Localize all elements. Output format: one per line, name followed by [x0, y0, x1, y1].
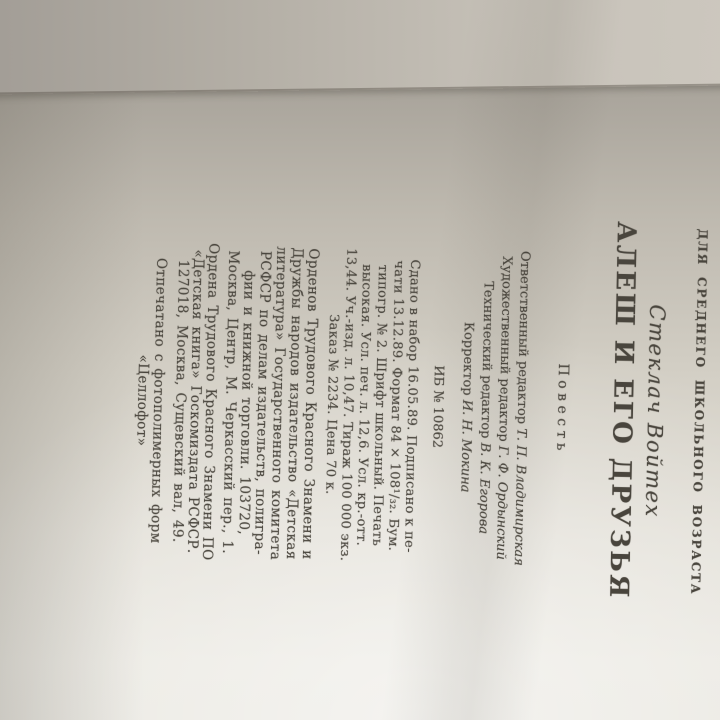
ib-number: ИБ № 10862: [426, 207, 449, 607]
editor-name: Г. Ф. Ордынский: [493, 446, 510, 560]
subtitle-line: Повесть: [550, 209, 573, 609]
editor-name: Т. П. Владимирская: [511, 428, 529, 566]
editor-role: Корректор: [459, 322, 476, 396]
rotated-page-text: ДЛЯ СРЕДНЕГО ШКОЛЬНОГО ВОЗРАСТА Стеклач …: [0, 0, 720, 720]
audience-line: ДЛЯ СРЕДНЕГО ШКОЛЬНОГО ВОЗРАСТА: [687, 212, 710, 612]
editor-name: И. Н. Мокина: [457, 400, 474, 493]
editor-role: Художественный редактор: [495, 256, 514, 442]
editor-name: В. К. Егорова: [475, 443, 492, 535]
book-photo: ДЛЯ СРЕДНЕГО ШКОЛЬНОГО ВОЗРАСТА Стеклач …: [0, 0, 720, 720]
editor-role: Ответственный редактор: [514, 251, 533, 425]
editor-role: Технический редактор: [477, 281, 495, 439]
author-line: Стеклач Войтех: [643, 211, 666, 611]
book-title: АЛЕШ И ЕГО ДРУЗЬЯ: [610, 210, 633, 610]
